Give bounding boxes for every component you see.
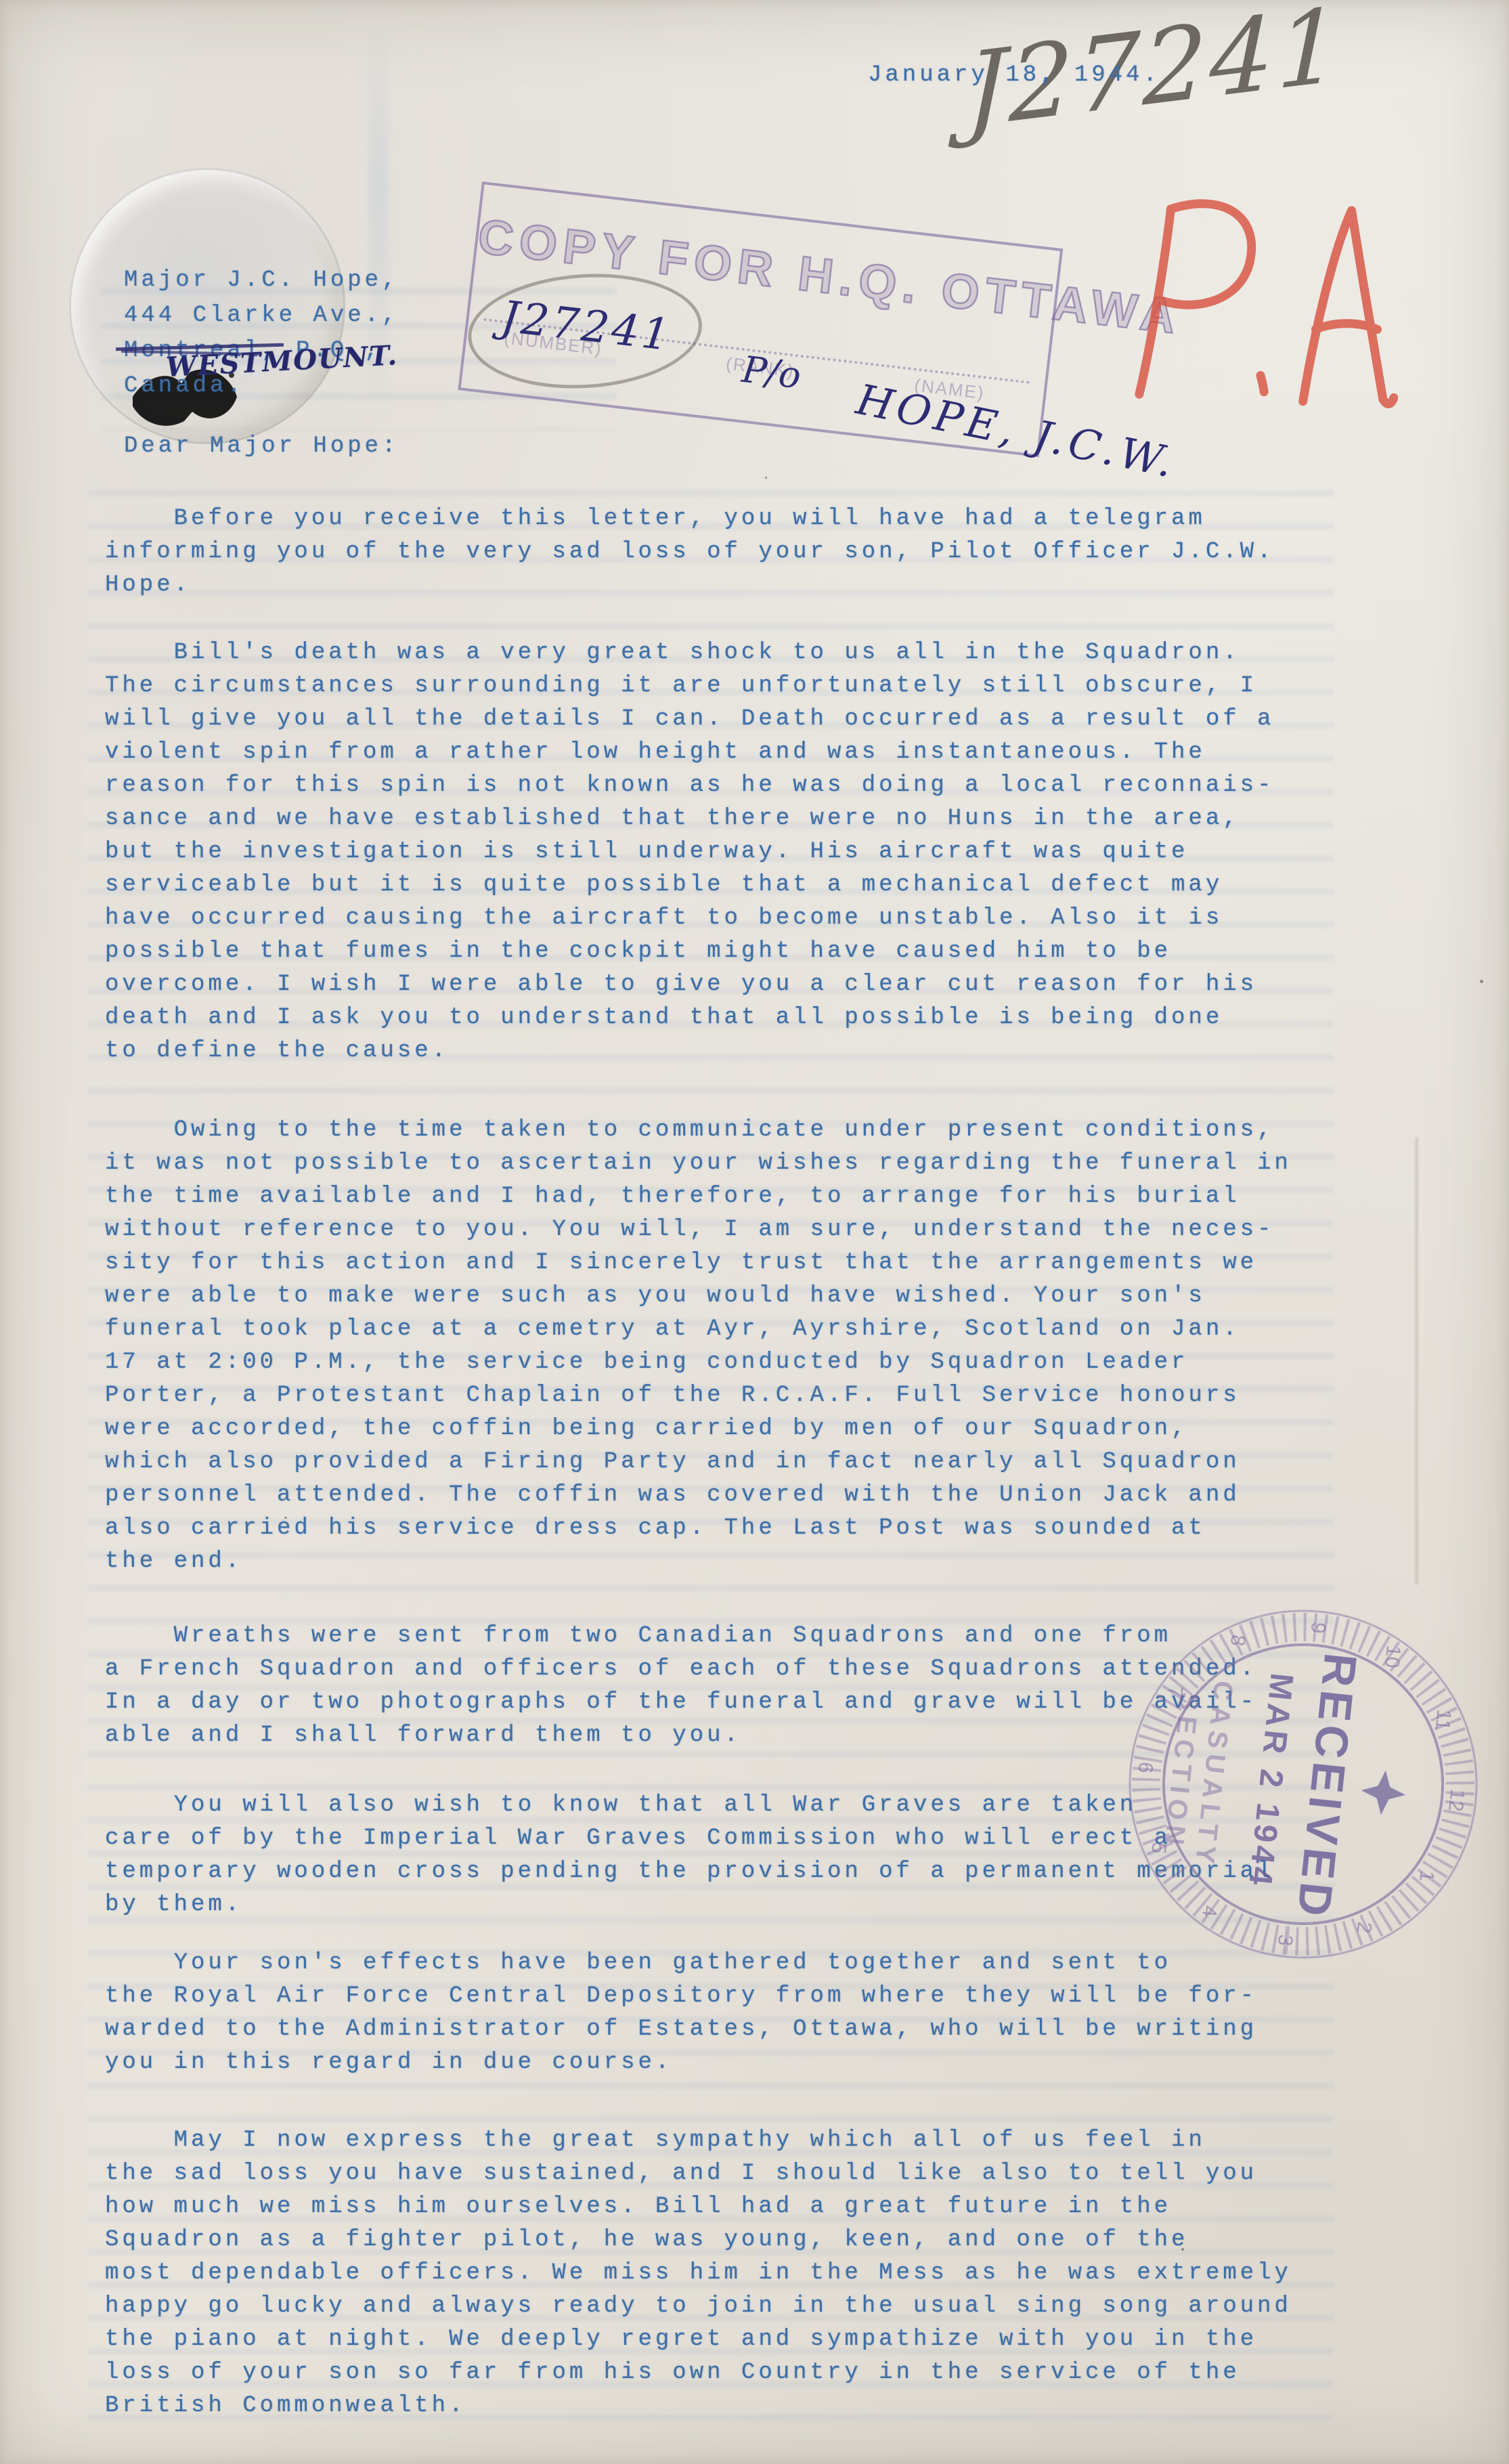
paper-crease [1415,1138,1418,1584]
paragraph-3: Owing to the time taken to communicate u… [105,1114,1412,1578]
paragraph-7: May I now express the great sympathy whi… [105,2124,1412,2423]
dial-number: 10 [1380,1644,1405,1669]
stamp-star-icon [1359,1768,1408,1817]
dial-number: 3 [1273,1933,1297,1947]
recipient-street: 444 Clarke Ave., [124,298,399,333]
dial-number: 9 [1306,1621,1330,1635]
salutation: Dear Major Hope: [124,433,399,459]
received-stamp-date: MAR 2 1944 [1242,1671,1300,1890]
recipient-address: Major J.C. Hope, 444 Clarke Ave., Montre… [124,263,399,404]
date-line: January 18, 1944. [868,62,1160,88]
scan-speck [1480,980,1483,983]
received-date-stamp: 12 1 2 3 4 5 6 7 8 9 10 11 RECEIVED MAR … [1114,1595,1493,1974]
handwritten-rank: P/o [740,348,804,397]
paragraph-1: Before you receive this letter, you will… [105,502,1412,602]
letter-page: J27241 January 18, 1944. COPY FOR H.Q. O… [0,0,1509,2464]
dial-number: 2 [1353,1921,1376,1935]
dial-number: 11 [1431,1708,1456,1731]
dial-number: 6 [1134,1760,1158,1774]
received-stamp-title: RECEIVED [1287,1651,1366,1922]
red-annotation-pa [1099,169,1405,423]
dial-number: 12 [1444,1788,1468,1813]
recipient-name: Major J.C. Hope, [124,263,399,298]
dial-number: 8 [1226,1634,1250,1647]
dial-number: 4 [1198,1904,1221,1918]
dial-number: 1 [1415,1869,1439,1883]
paragraph-2: Bill's death was a very great shock to u… [105,636,1412,1068]
